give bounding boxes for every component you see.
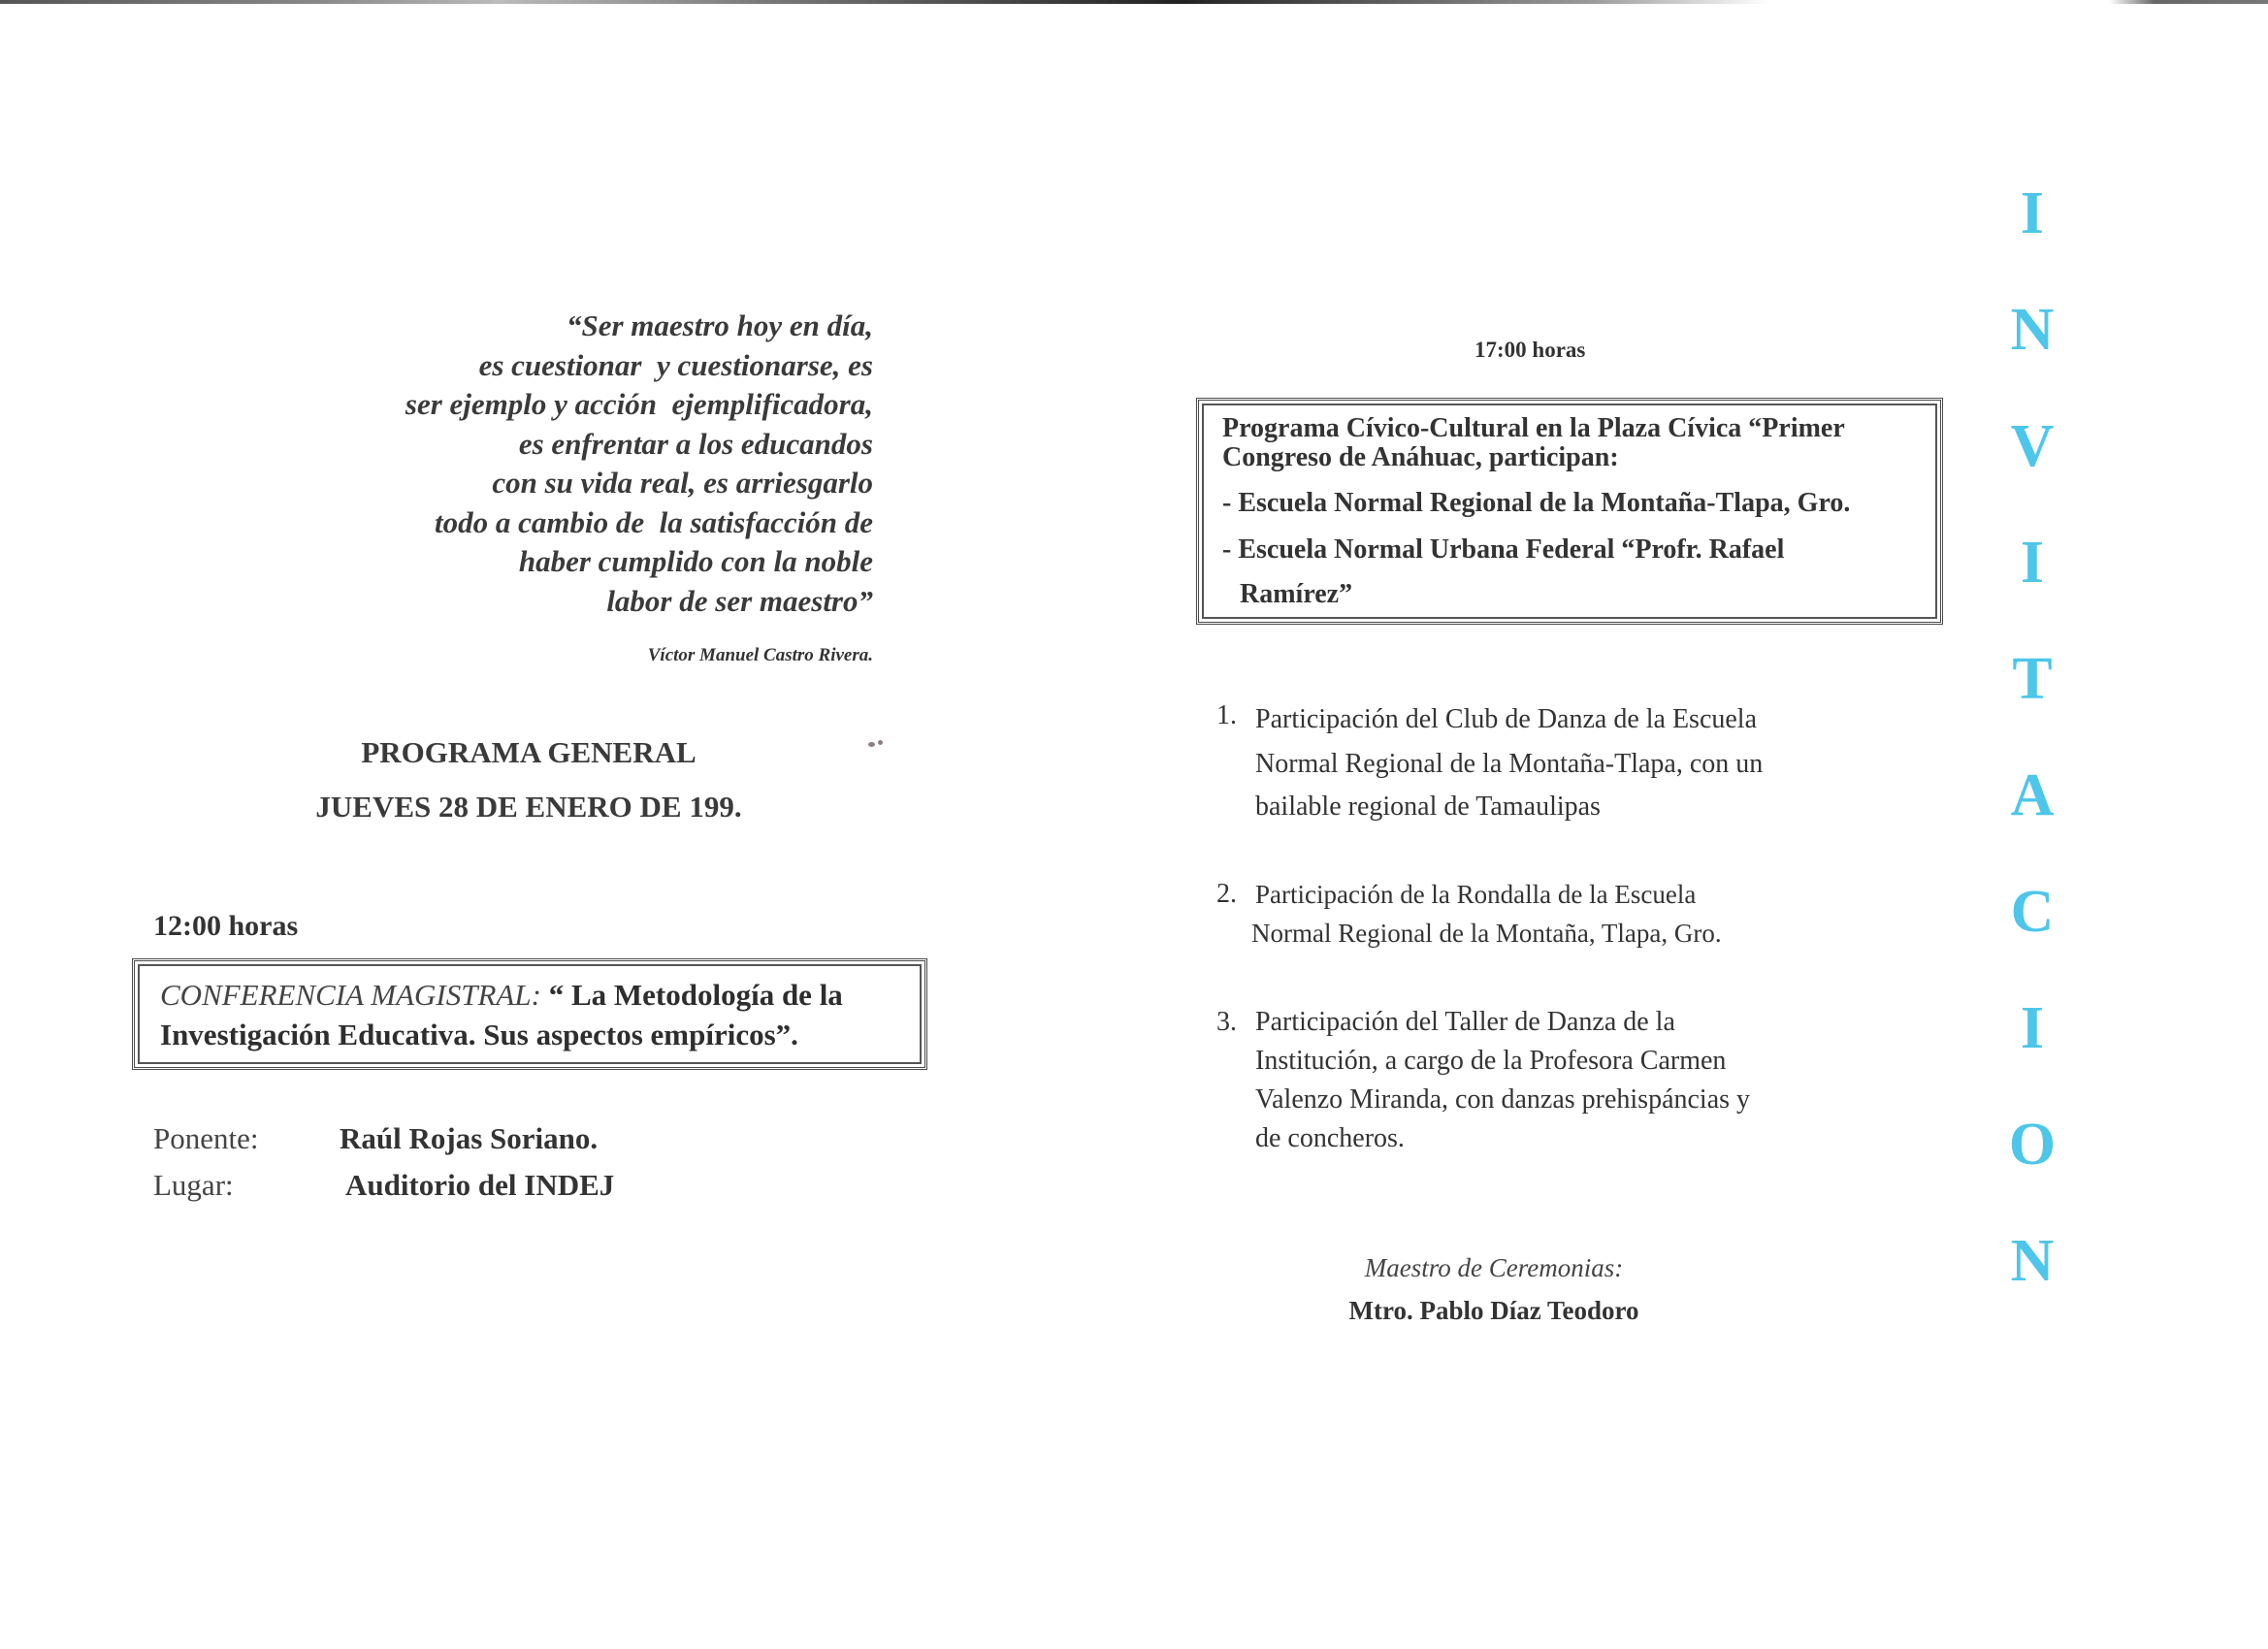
scan-speck — [868, 742, 875, 747]
morning-time: 12:00 horas — [153, 910, 298, 943]
scan-speck — [878, 740, 883, 745]
quote-author: Víctor Manuel Castro Rivera. — [485, 645, 873, 666]
invitation-letter: O — [1989, 1115, 2076, 1232]
invitation-letter: I — [1989, 533, 2076, 650]
epigraph-quote: “Ser maestro hoy en día, es cuestionar y… — [291, 307, 873, 621]
activity-text: Participación del Club de Danza de la Es… — [1255, 696, 1857, 828]
quote-line: haber cumplido con la noble — [291, 542, 873, 582]
speaker-label: Ponente: — [153, 1121, 259, 1156]
invitation-letter: A — [1989, 766, 2076, 883]
activity-number: 3. — [1216, 1003, 1237, 1042]
civic-heading: Programa Cívico-Cultural en la Plaza Cív… — [1222, 414, 1921, 472]
participant-item: - Escuela Normal Urbana Federal “Profr. … — [1222, 534, 1921, 566]
speaker-name: Raúl Rojas Soriano. — [340, 1121, 598, 1156]
conference-box: CONFERENCIA MAGISTRAL: “ La Metodología … — [132, 958, 927, 1070]
invitation-vertical-title: I N V I T A C I O N — [1989, 184, 2076, 1348]
mc-name: Mtro. Pablo Díaz Teodoro — [1261, 1296, 1727, 1326]
invitation-letter: C — [1989, 883, 2076, 999]
invitation-letter: V — [1989, 417, 2076, 533]
activity-number: 1. — [1216, 696, 1237, 735]
invitation-letter: N — [1989, 1232, 2076, 1348]
speaker-row: Ponente: Raúl Rojas Soriano. — [153, 1121, 735, 1160]
conference-colon: : — [532, 978, 549, 1012]
invitation-letter: T — [1989, 650, 2076, 766]
civic-heading-line: Congreso de Anáhuac, participan: — [1222, 443, 1921, 472]
scan-edge — [0, 0, 2268, 4]
venue-row: Lugar: Auditorio del INDEJ — [153, 1168, 735, 1207]
quote-line: ser ejemplo y acción ejemplificadora, — [291, 385, 873, 425]
quote-line: “Ser maestro hoy en día, — [291, 307, 873, 346]
quote-line: es cuestionar y cuestionarse, es — [291, 346, 873, 386]
invitation-letter: N — [1989, 301, 2076, 417]
conference-label: CONFERENCIA MAGISTRAL — [160, 978, 532, 1012]
participant-continuation: Ramírez” — [1222, 579, 1921, 610]
activity-number: 2. — [1216, 875, 1237, 914]
venue-label: Lugar: — [153, 1168, 234, 1203]
civic-heading-line: Programa Cívico-Cultural en la Plaza Cív… — [1222, 414, 1921, 443]
program-title: PROGRAMA GENERAL — [194, 735, 863, 770]
civic-program-box: Programa Cívico-Cultural en la Plaza Cív… — [1196, 398, 1943, 625]
invitation-letter: I — [1989, 184, 2076, 301]
activity-text: Participación del Taller de Danza de la … — [1255, 1003, 1857, 1158]
quote-line: es enfrentar a los educandos — [291, 425, 873, 465]
quote-line: labor de ser maestro” — [291, 582, 873, 622]
participant-item: - Escuela Normal Regional de la Montaña-… — [1222, 488, 1921, 519]
quote-line: todo a cambio de la satisfacción de — [291, 503, 873, 543]
afternoon-time: 17:00 horas — [1474, 338, 1585, 363]
invitation-letter: I — [1989, 999, 2076, 1115]
quote-line: con su vida real, es arriesgarlo — [291, 464, 873, 503]
program-date: JUEVES 28 DE ENERO DE 199. — [194, 790, 863, 824]
mc-label: Maestro de Ceremonias: — [1261, 1253, 1727, 1283]
activity-text: Participación de la Rondalla de la Escue… — [1255, 875, 1857, 953]
venue-name: Auditorio del INDEJ — [345, 1168, 614, 1203]
conference-text: CONFERENCIA MAGISTRAL: “ La Metodología … — [160, 975, 901, 1054]
